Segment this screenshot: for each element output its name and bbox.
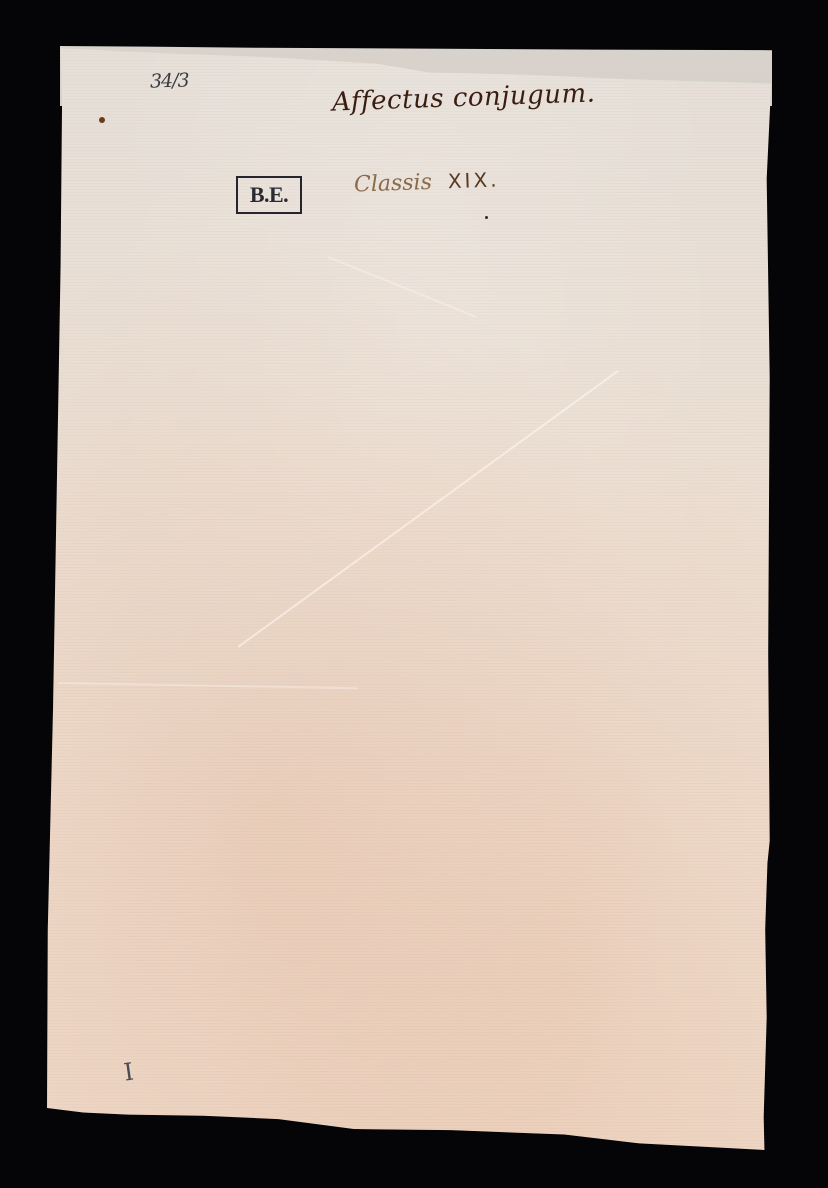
- classification-annotation: ClassisXIX.: [354, 167, 500, 197]
- paper-texture: [38, 46, 790, 1150]
- diagonal-crease: [237, 370, 618, 648]
- library-stamp: B.E.: [236, 176, 302, 214]
- classification-label: Classis: [354, 170, 433, 198]
- photo-stage: 34/3 Affectus conjugum. B.E. ClassisXIX.…: [0, 0, 828, 1188]
- shelfmark-number: 34/3: [150, 69, 189, 92]
- ink-spot: [99, 117, 105, 123]
- stamp-text: B.E.: [250, 182, 288, 208]
- horizontal-crease: [58, 682, 358, 689]
- manuscript-page: [38, 46, 790, 1150]
- classification-numeral: XIX.: [447, 167, 499, 193]
- upper-crease: [328, 256, 477, 318]
- ink-spot: [485, 216, 488, 219]
